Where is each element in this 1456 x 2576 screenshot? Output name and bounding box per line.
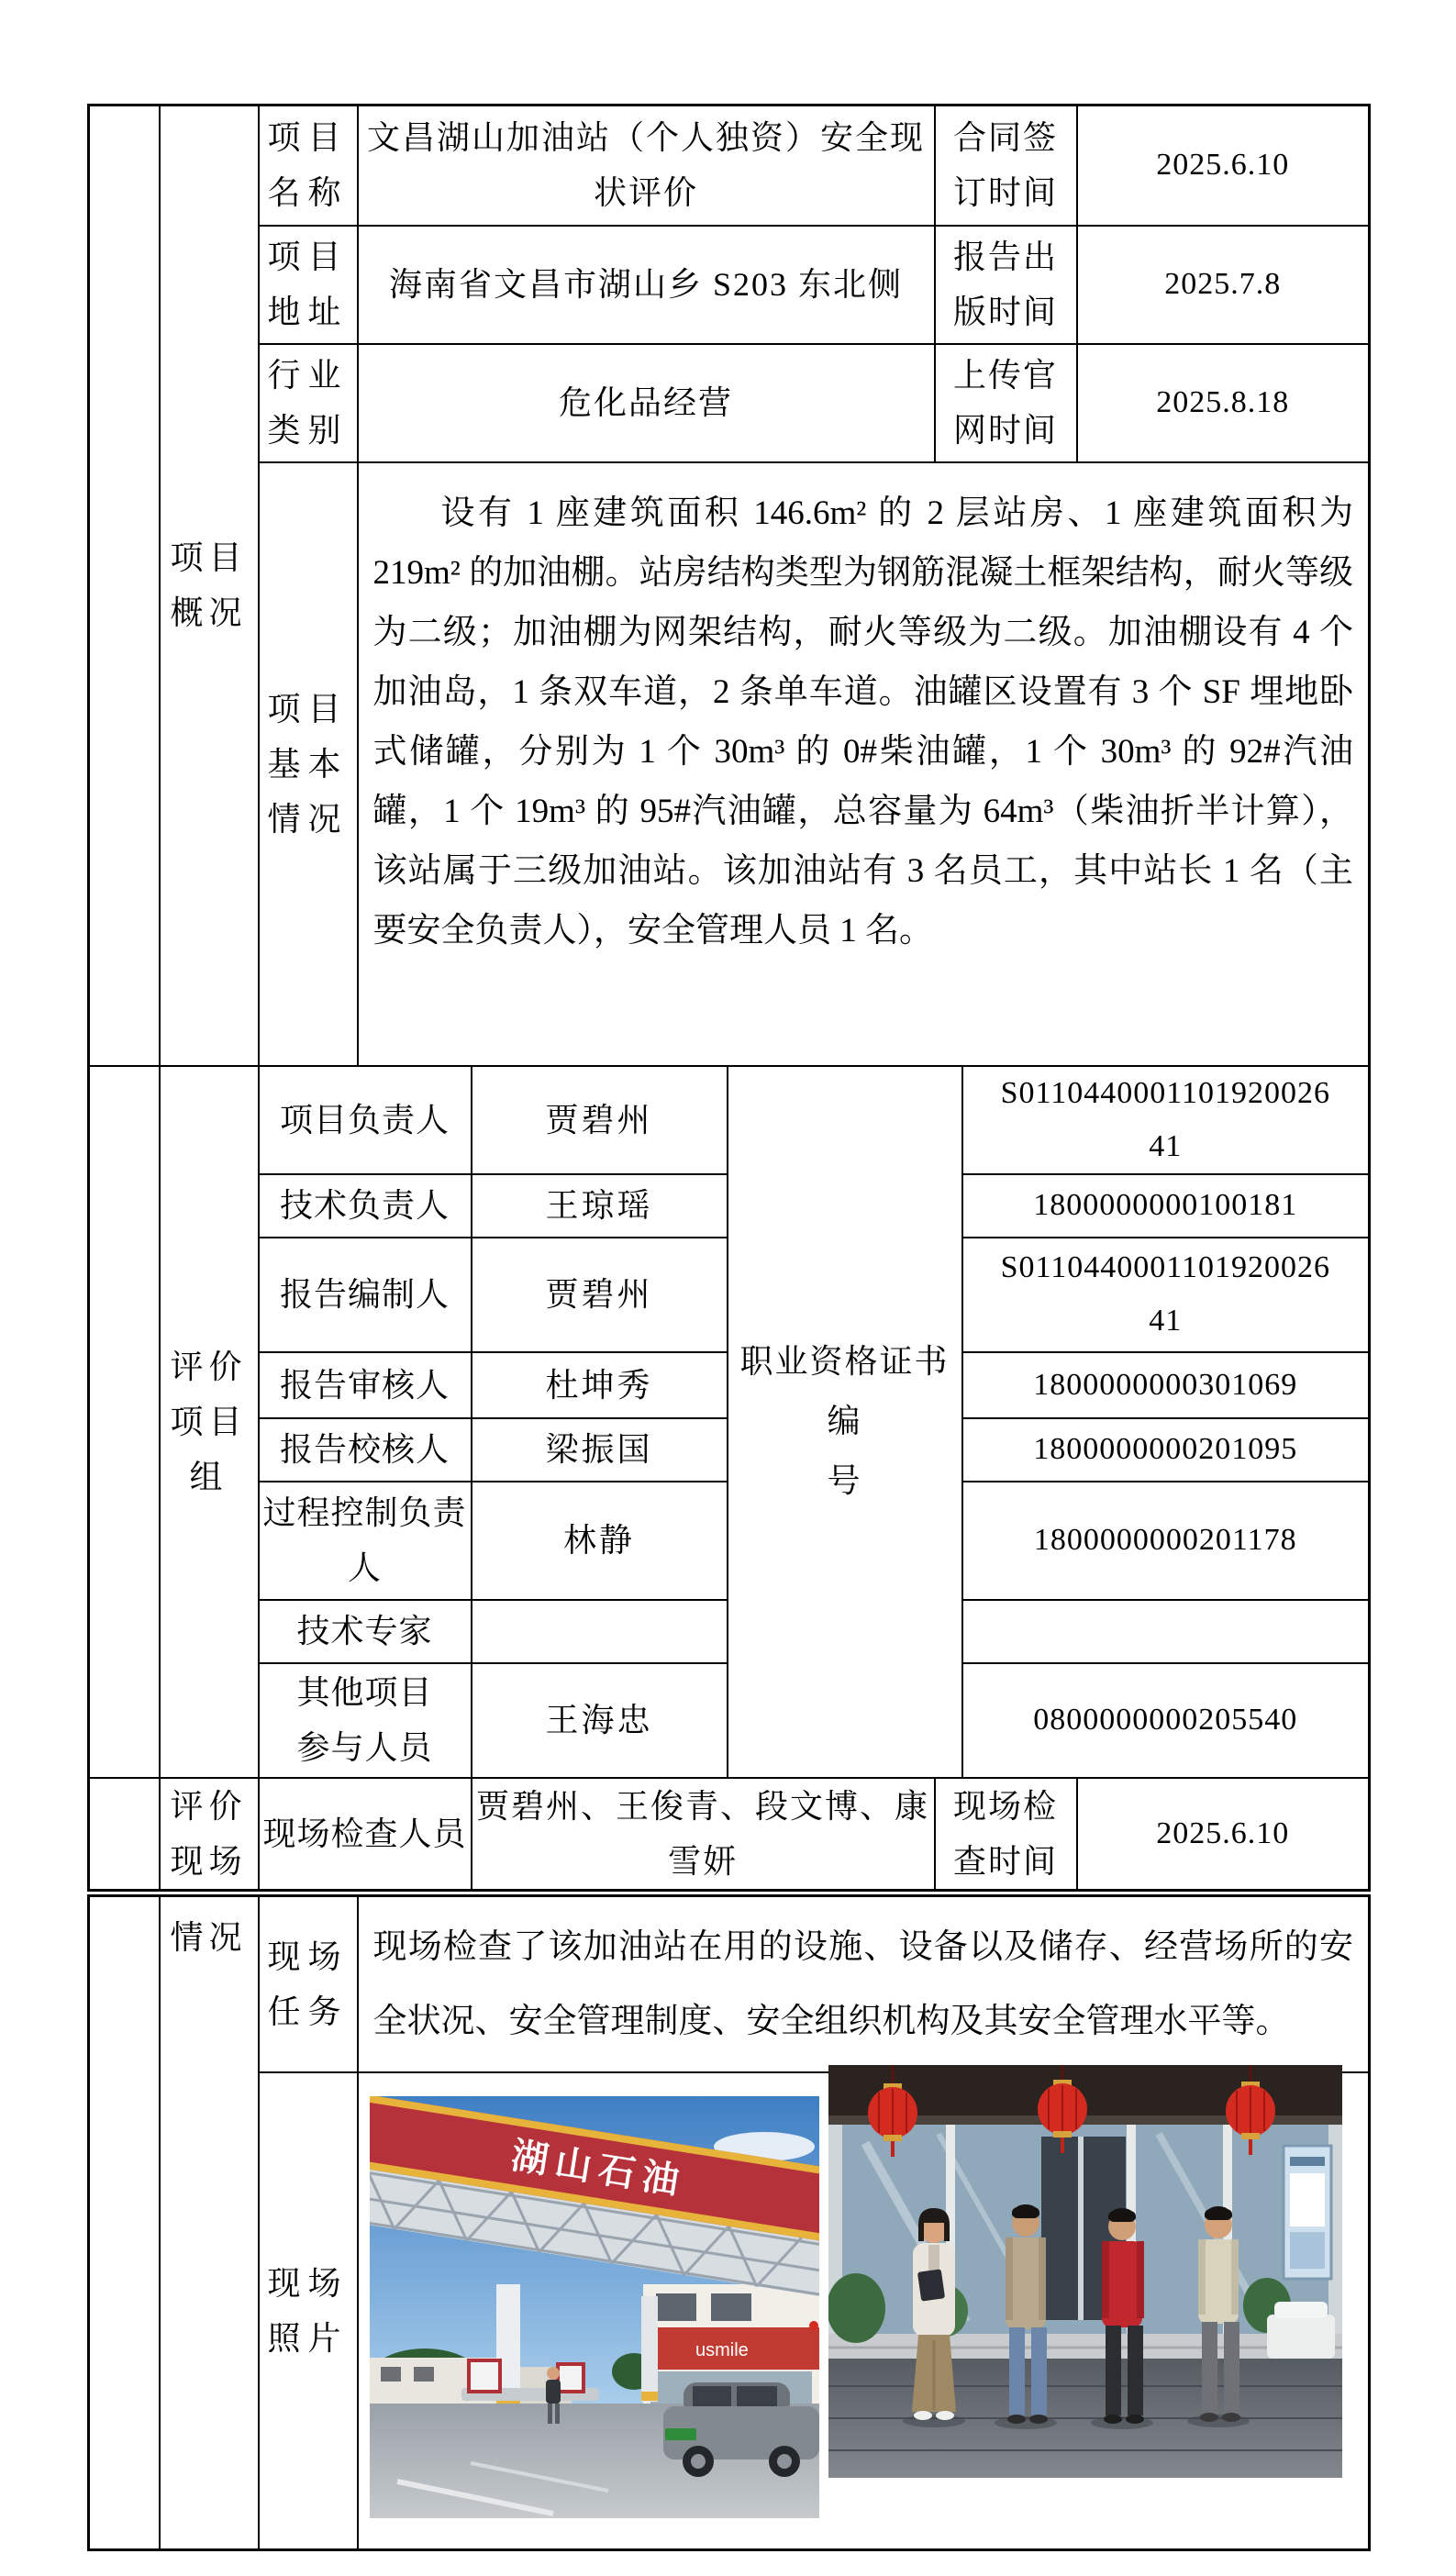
name-report-reviewer: 杜坤秀 xyxy=(472,1352,728,1418)
site-photos-label: 现场 照片 xyxy=(259,2072,358,2550)
report-publish-date-label: 报告出 版时间 xyxy=(935,226,1077,344)
group-label-project-overview: 项目 概况 xyxy=(160,105,259,1066)
table-row: 现场 照片 xyxy=(89,2072,1370,2550)
project-info-table: 项目 概况 项目 名称 文昌湖山加油站（个人独资）安全现状评价 合同签 订时间 … xyxy=(87,104,1371,1892)
report-page: { "document": {"background": "#ffffff", … xyxy=(0,0,1456,2576)
site-task-text: 现场检查了该加油站在用的设施、设备以及储存、经营场所的安全状况、安全管理制度、安… xyxy=(358,1896,1370,2072)
role-process-control-leader: 过程控制负责 人 xyxy=(259,1482,472,1600)
table-row: 项目 基本 情况 设有 1 座建筑面积 146.6m² 的 2 层站房、1 座建… xyxy=(89,462,1370,1066)
group-label-evaluation-team: 评价 项目 组 xyxy=(160,1066,259,1778)
table-row: 项目 概况 项目 名称 文昌湖山加油站（个人独资）安全现状评价 合同签 订时间 … xyxy=(89,105,1370,226)
name-report-checker: 梁振国 xyxy=(472,1418,728,1482)
name-process-control-leader: 林静 xyxy=(472,1482,728,1600)
table-row: 行业 类别 危化品经营 上传官 网时间 2025.8.18 xyxy=(89,344,1370,462)
name-technical-expert xyxy=(472,1600,728,1663)
table-row: 情况 现场 任务 现场检查了该加油站在用的设施、设备以及储存、经营场所的安全状况… xyxy=(89,1896,1370,2072)
left-margin-cell xyxy=(89,1778,160,1891)
site-inspection-date-value: 2025.6.10 xyxy=(1077,1778,1370,1891)
industry-category-label: 行业 类别 xyxy=(259,344,358,462)
site-task-label: 现场 任务 xyxy=(259,1896,358,2072)
contract-sign-date-value: 2025.6.10 xyxy=(1077,105,1370,226)
project-basic-info-label: 项目 基本 情况 xyxy=(259,462,358,1066)
role-report-checker: 报告校核人 xyxy=(259,1418,472,1482)
role-technical-leader: 技术负责人 xyxy=(259,1174,472,1238)
project-name-label: 项目 名称 xyxy=(259,105,358,226)
certificate-number-header: 职业资格证书编 号 xyxy=(728,1066,962,1778)
cert-report-compiler: S0110440001101920026 41 xyxy=(962,1238,1370,1352)
left-margin-cell xyxy=(89,105,160,1066)
cert-other-participants: 0800000000205540 xyxy=(962,1663,1370,1778)
cert-report-checker: 1800000000201095 xyxy=(962,1418,1370,1482)
cert-report-reviewer: 1800000000301069 xyxy=(962,1352,1370,1418)
project-basic-info-text: 设有 1 座建筑面积 146.6m² 的 2 层站房、1 座建筑面积为 219m… xyxy=(358,462,1370,1066)
cert-technical-expert xyxy=(962,1600,1370,1663)
project-address-value: 海南省文昌市湖山乡 S203 东北侧 xyxy=(358,226,935,344)
industry-category-value: 危化品经营 xyxy=(358,344,935,462)
role-report-reviewer: 报告审核人 xyxy=(259,1352,472,1418)
left-margin-cell xyxy=(89,1896,160,2550)
role-report-compiler: 报告编制人 xyxy=(259,1238,472,1352)
role-technical-expert: 技术专家 xyxy=(259,1600,472,1663)
name-other-participants: 王海忠 xyxy=(472,1663,728,1778)
role-project-leader: 项目负责人 xyxy=(259,1066,472,1174)
inspection-team-photo xyxy=(828,2065,1342,2478)
site-photos-cell: usmile xyxy=(358,2072,1370,2550)
site-inspectors-names: 贾碧州、王俊青、段文博、康雪妍 xyxy=(472,1778,935,1891)
site-inspectors-label: 现场检查人员 xyxy=(259,1778,472,1891)
upload-date-value: 2025.8.18 xyxy=(1077,344,1370,462)
name-report-compiler: 贾碧州 xyxy=(472,1238,728,1352)
gas-station-photo: usmile xyxy=(370,2096,819,2518)
cert-technical-leader: 1800000000100181 xyxy=(962,1174,1370,1238)
group-label-evaluation-site: 评价 现场 xyxy=(160,1778,259,1891)
cert-project-leader: S0110440001101920026 41 xyxy=(962,1066,1370,1174)
report-publish-date-value: 2025.7.8 xyxy=(1077,226,1370,344)
shop-sign-text: usmile xyxy=(695,2340,749,2360)
site-inspection-date-label: 现场检 查时间 xyxy=(935,1778,1077,1891)
table-row: 评价 现场 现场检查人员 贾碧州、王俊青、段文博、康雪妍 现场检 查时间 202… xyxy=(89,1778,1370,1891)
left-margin-cell xyxy=(89,1066,160,1778)
name-project-leader: 贾碧州 xyxy=(472,1066,728,1174)
role-other-participants: 其他项目 参与人员 xyxy=(259,1663,472,1778)
cert-process-control-leader: 1800000000201178 xyxy=(962,1482,1370,1600)
contract-sign-date-label: 合同签 订时间 xyxy=(935,105,1077,226)
table-row: 评价 项目 组 项目负责人 贾碧州 职业资格证书编 号 S01104400011… xyxy=(89,1066,1370,1174)
project-address-label: 项目 地址 xyxy=(259,226,358,344)
group-label-situation: 情况 xyxy=(160,1896,259,2550)
site-situation-table: 情况 现场 任务 现场检查了该加油站在用的设施、设备以及储存、经营场所的安全状况… xyxy=(87,1894,1371,2551)
name-technical-leader: 王琼瑶 xyxy=(472,1174,728,1238)
project-name-value: 文昌湖山加油站（个人独资）安全现状评价 xyxy=(358,105,935,226)
table-row: 项目 地址 海南省文昌市湖山乡 S203 东北侧 报告出 版时间 2025.7.… xyxy=(89,226,1370,344)
upload-date-label: 上传官 网时间 xyxy=(935,344,1077,462)
